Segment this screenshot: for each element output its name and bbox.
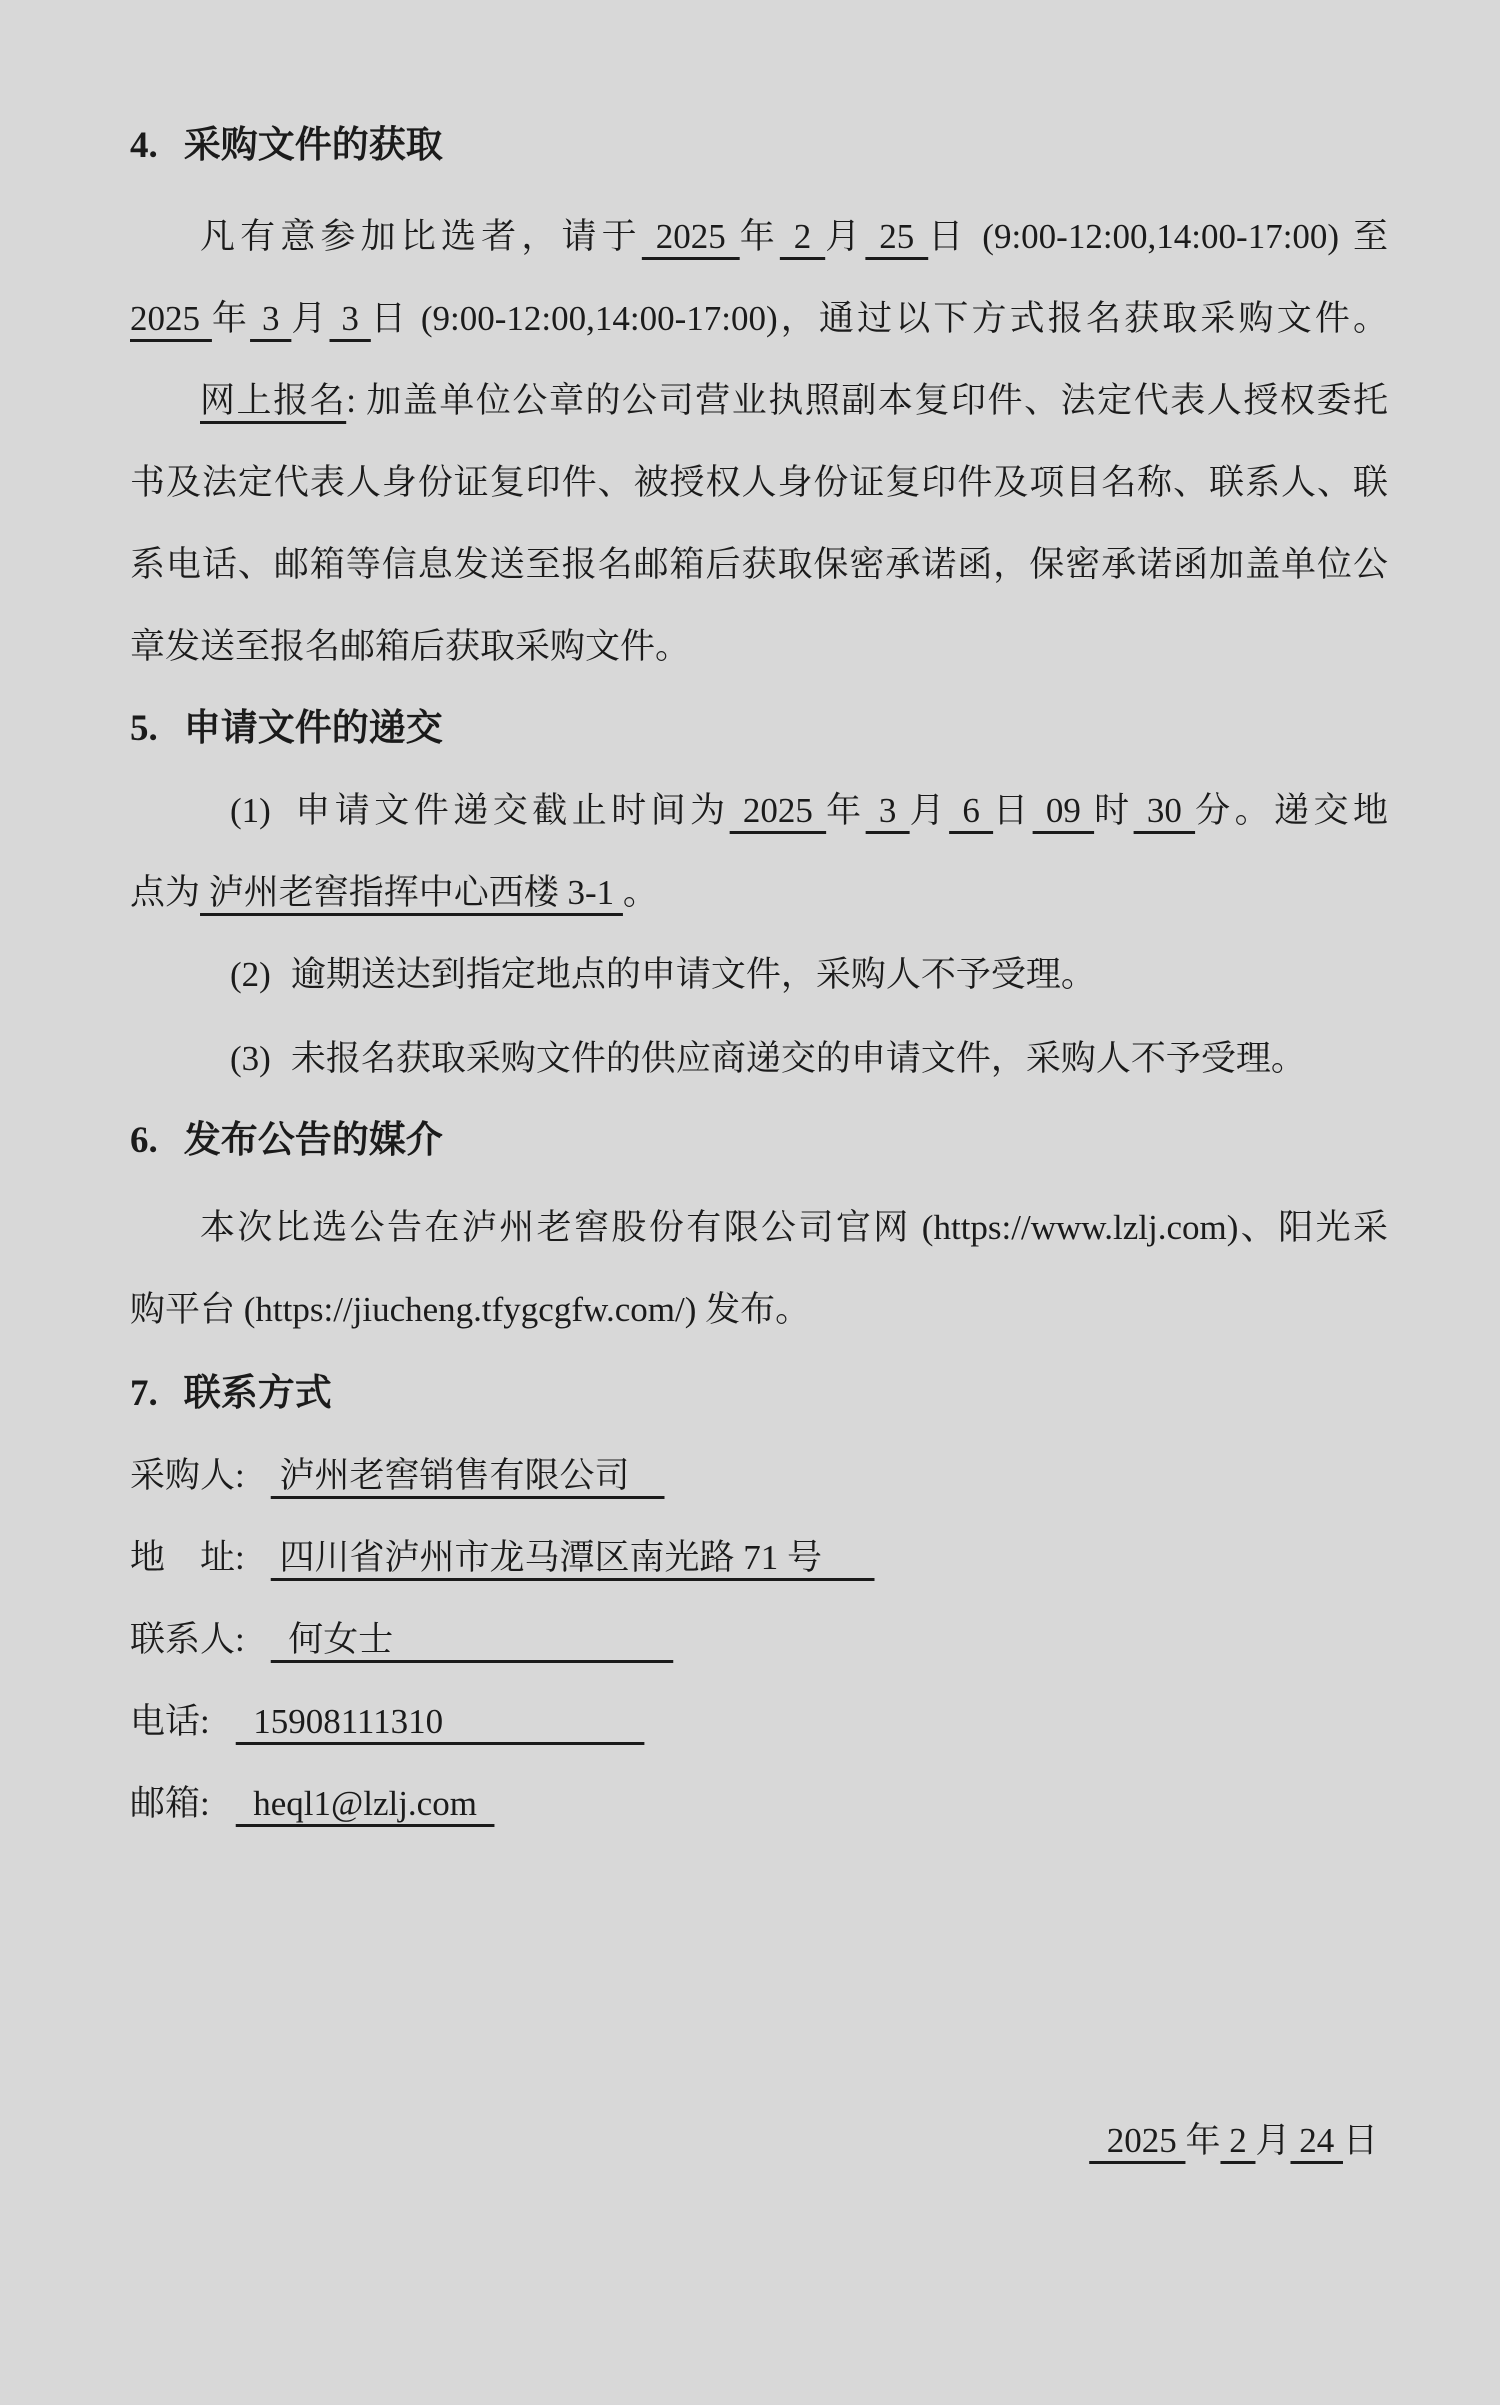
text-run: 章发送至报名邮箱后获取采购文件。	[130, 627, 690, 666]
text-run: 年	[826, 791, 866, 830]
contact-row-buyer: 采购人: 泸州老窖销售有限公司	[130, 1435, 1388, 1517]
address-label: 地 址:	[130, 1538, 245, 1577]
paragraph-line: 2025 年 3 月 3 日 (9:00-12:00,14:00-17:00)，…	[130, 278, 1388, 360]
paragraph-line: 书及法定代表人身份证复印件、被授权人身份证复印件及项目名称、联系人、联	[130, 442, 1388, 524]
item-number: (3)	[230, 1039, 271, 1078]
text-run: 年	[212, 299, 250, 338]
text-run: 书及法定代表人身份证复印件、被授权人身份证复印件及项目名称、联系人、联	[130, 463, 1388, 502]
paragraph-line: 章发送至报名邮箱后获取采购文件。	[130, 606, 1388, 688]
text-run: 本次比选公告在泸州老窖股份有限公司官网 (https://www.lzlj.co…	[200, 1208, 1388, 1247]
underlined-day: 3	[330, 299, 371, 338]
text-run: 时	[1094, 791, 1134, 830]
buyer-label: 采购人:	[130, 1456, 245, 1495]
text-run: 年	[1185, 2121, 1220, 2160]
text-run: 日	[1343, 2121, 1378, 2160]
contact-person-value: 何女士	[271, 1620, 674, 1659]
buyer-value: 泸州老窖销售有限公司	[271, 1456, 665, 1495]
section-heading-5: 5.申请文件的递交	[130, 688, 1388, 770]
text-run: 凡有意参加比选者，请于	[200, 217, 642, 256]
address-value: 四川省泸州市龙马潭区南光路 71 号	[271, 1538, 875, 1577]
underlined-day: 6	[949, 791, 993, 830]
paragraph-line: 本次比选公告在泸州老窖股份有限公司官网 (https://www.lzlj.co…	[130, 1187, 1388, 1269]
list-item-2: (2)逾期送达到指定地点的申请文件，采购人不予受理。	[130, 934, 1388, 1016]
section-heading-4: 4.采购文件的获取	[130, 105, 1388, 187]
section-number: 6.	[130, 1120, 158, 1161]
text-run: 购平台 (https://jiucheng.tfygcgfw.com/) 发布。	[130, 1290, 810, 1329]
section-title: 联系方式	[184, 1373, 332, 1414]
underlined-location: 泸州老窖指挥中心西楼 3-1	[200, 873, 623, 912]
text-run: 。	[623, 873, 658, 912]
paragraph-line: 凡有意参加比选者，请于 2025 年 2 月 25 日 (9:00-12:00,…	[130, 196, 1388, 278]
text-run: 申请文件递交截止时间为	[291, 791, 730, 830]
text-run: : 加盖单位公章的公司营业执照副本复印件、法定代表人授权委托	[346, 381, 1388, 420]
phone-label: 电话:	[130, 1702, 210, 1741]
underlined-year: 2025	[730, 791, 826, 830]
underlined-day: 24	[1290, 2121, 1343, 2160]
underlined-month: 2	[780, 217, 825, 256]
underlined-year: 2025	[130, 299, 212, 338]
list-item-line: (1)申请文件递交截止时间为 2025 年 3 月 6 日 09 时 30 分。…	[130, 770, 1388, 852]
section-title: 发布公告的媒介	[184, 1120, 443, 1161]
text-run: 未报名获取采购文件的供应商递交的申请文件，采购人不予受理。	[291, 1039, 1306, 1078]
list-item-line: 点为 泸州老窖指挥中心西楼 3-1 。	[130, 852, 1388, 934]
paragraph-line: 系电话、邮箱等信息发送至报名邮箱后获取保密承诺函，保密承诺函加盖单位公	[130, 524, 1388, 606]
text-run: 日 (9:00-12:00,14:00-17:00)，通过以下方式报名获取采购文…	[371, 299, 1388, 338]
section-number: 4.	[130, 125, 158, 166]
paragraph-announcement-media: 本次比选公告在泸州老窖股份有限公司官网 (https://www.lzlj.co…	[130, 1187, 1388, 1351]
item-number: (1)	[230, 791, 271, 830]
contact-row-address: 地 址: 四川省泸州市龙马潭区南光路 71 号	[130, 1517, 1388, 1599]
underlined-term: 网上报名	[200, 381, 346, 420]
text-run: 日	[993, 791, 1033, 830]
contact-person-label: 联系人:	[130, 1620, 245, 1659]
underlined-minute: 30	[1134, 791, 1195, 830]
list-item-3: (3)未报名获取采购文件的供应商递交的申请文件，采购人不予受理。	[130, 1018, 1388, 1100]
section-title: 采购文件的获取	[184, 125, 443, 166]
contact-row-person: 联系人: 何女士	[130, 1599, 1388, 1681]
text-run: 年	[740, 217, 780, 256]
text-run: 系电话、邮箱等信息发送至报名邮箱后获取保密承诺函，保密承诺函加盖单位公	[130, 545, 1388, 584]
underlined-month: 2	[1220, 2121, 1255, 2160]
text-run: 月	[1255, 2121, 1290, 2160]
document-date: 2025 年 2 月 24 日	[130, 2100, 1388, 2182]
section-heading-7: 7.联系方式	[130, 1353, 1388, 1435]
text-run: 点为	[130, 873, 200, 912]
underlined-month: 3	[866, 791, 910, 830]
contact-row-email: 邮箱: heql1@lzlj.com	[130, 1763, 1388, 1845]
text-run: 日 (9:00-12:00,14:00-17:00) 至	[928, 217, 1388, 256]
phone-value: 15908111310	[236, 1702, 645, 1741]
section-title: 申请文件的递交	[184, 708, 443, 749]
underlined-year: 2025	[1089, 2121, 1185, 2160]
section-number: 5.	[130, 708, 158, 749]
underlined-day: 25	[865, 217, 928, 256]
underlined-hour: 09	[1033, 791, 1094, 830]
document-page: 4.采购文件的获取 凡有意参加比选者，请于 2025 年 2 月 25 日 (9…	[0, 0, 1500, 2405]
section-heading-6: 6.发布公告的媒介	[130, 1100, 1388, 1182]
text-run: 分。递交地	[1195, 791, 1388, 830]
paragraph-online-registration: 网上报名: 加盖单位公章的公司营业执照副本复印件、法定代表人授权委托 书及法定代…	[130, 360, 1388, 688]
paragraph-line: 购平台 (https://jiucheng.tfygcgfw.com/) 发布。	[130, 1269, 1388, 1351]
contact-row-phone: 电话: 15908111310	[130, 1681, 1388, 1763]
underlined-year: 2025	[642, 217, 740, 256]
underlined-month: 3	[250, 299, 291, 338]
paragraph-line: 网上报名: 加盖单位公章的公司营业执照副本复印件、法定代表人授权委托	[130, 360, 1388, 442]
item-number: (2)	[230, 955, 271, 994]
email-label: 邮箱:	[130, 1784, 210, 1823]
section-number: 7.	[130, 1373, 158, 1414]
text-run: 月	[825, 217, 865, 256]
email-value: heql1@lzlj.com	[236, 1784, 495, 1823]
paragraph-registration-period: 凡有意参加比选者，请于 2025 年 2 月 25 日 (9:00-12:00,…	[130, 196, 1388, 360]
text-run: 月	[910, 791, 950, 830]
text-run: 逾期送达到指定地点的申请文件，采购人不予受理。	[291, 955, 1096, 994]
text-run: 月	[291, 299, 329, 338]
list-item-1: (1)申请文件递交截止时间为 2025 年 3 月 6 日 09 时 30 分。…	[130, 770, 1388, 934]
